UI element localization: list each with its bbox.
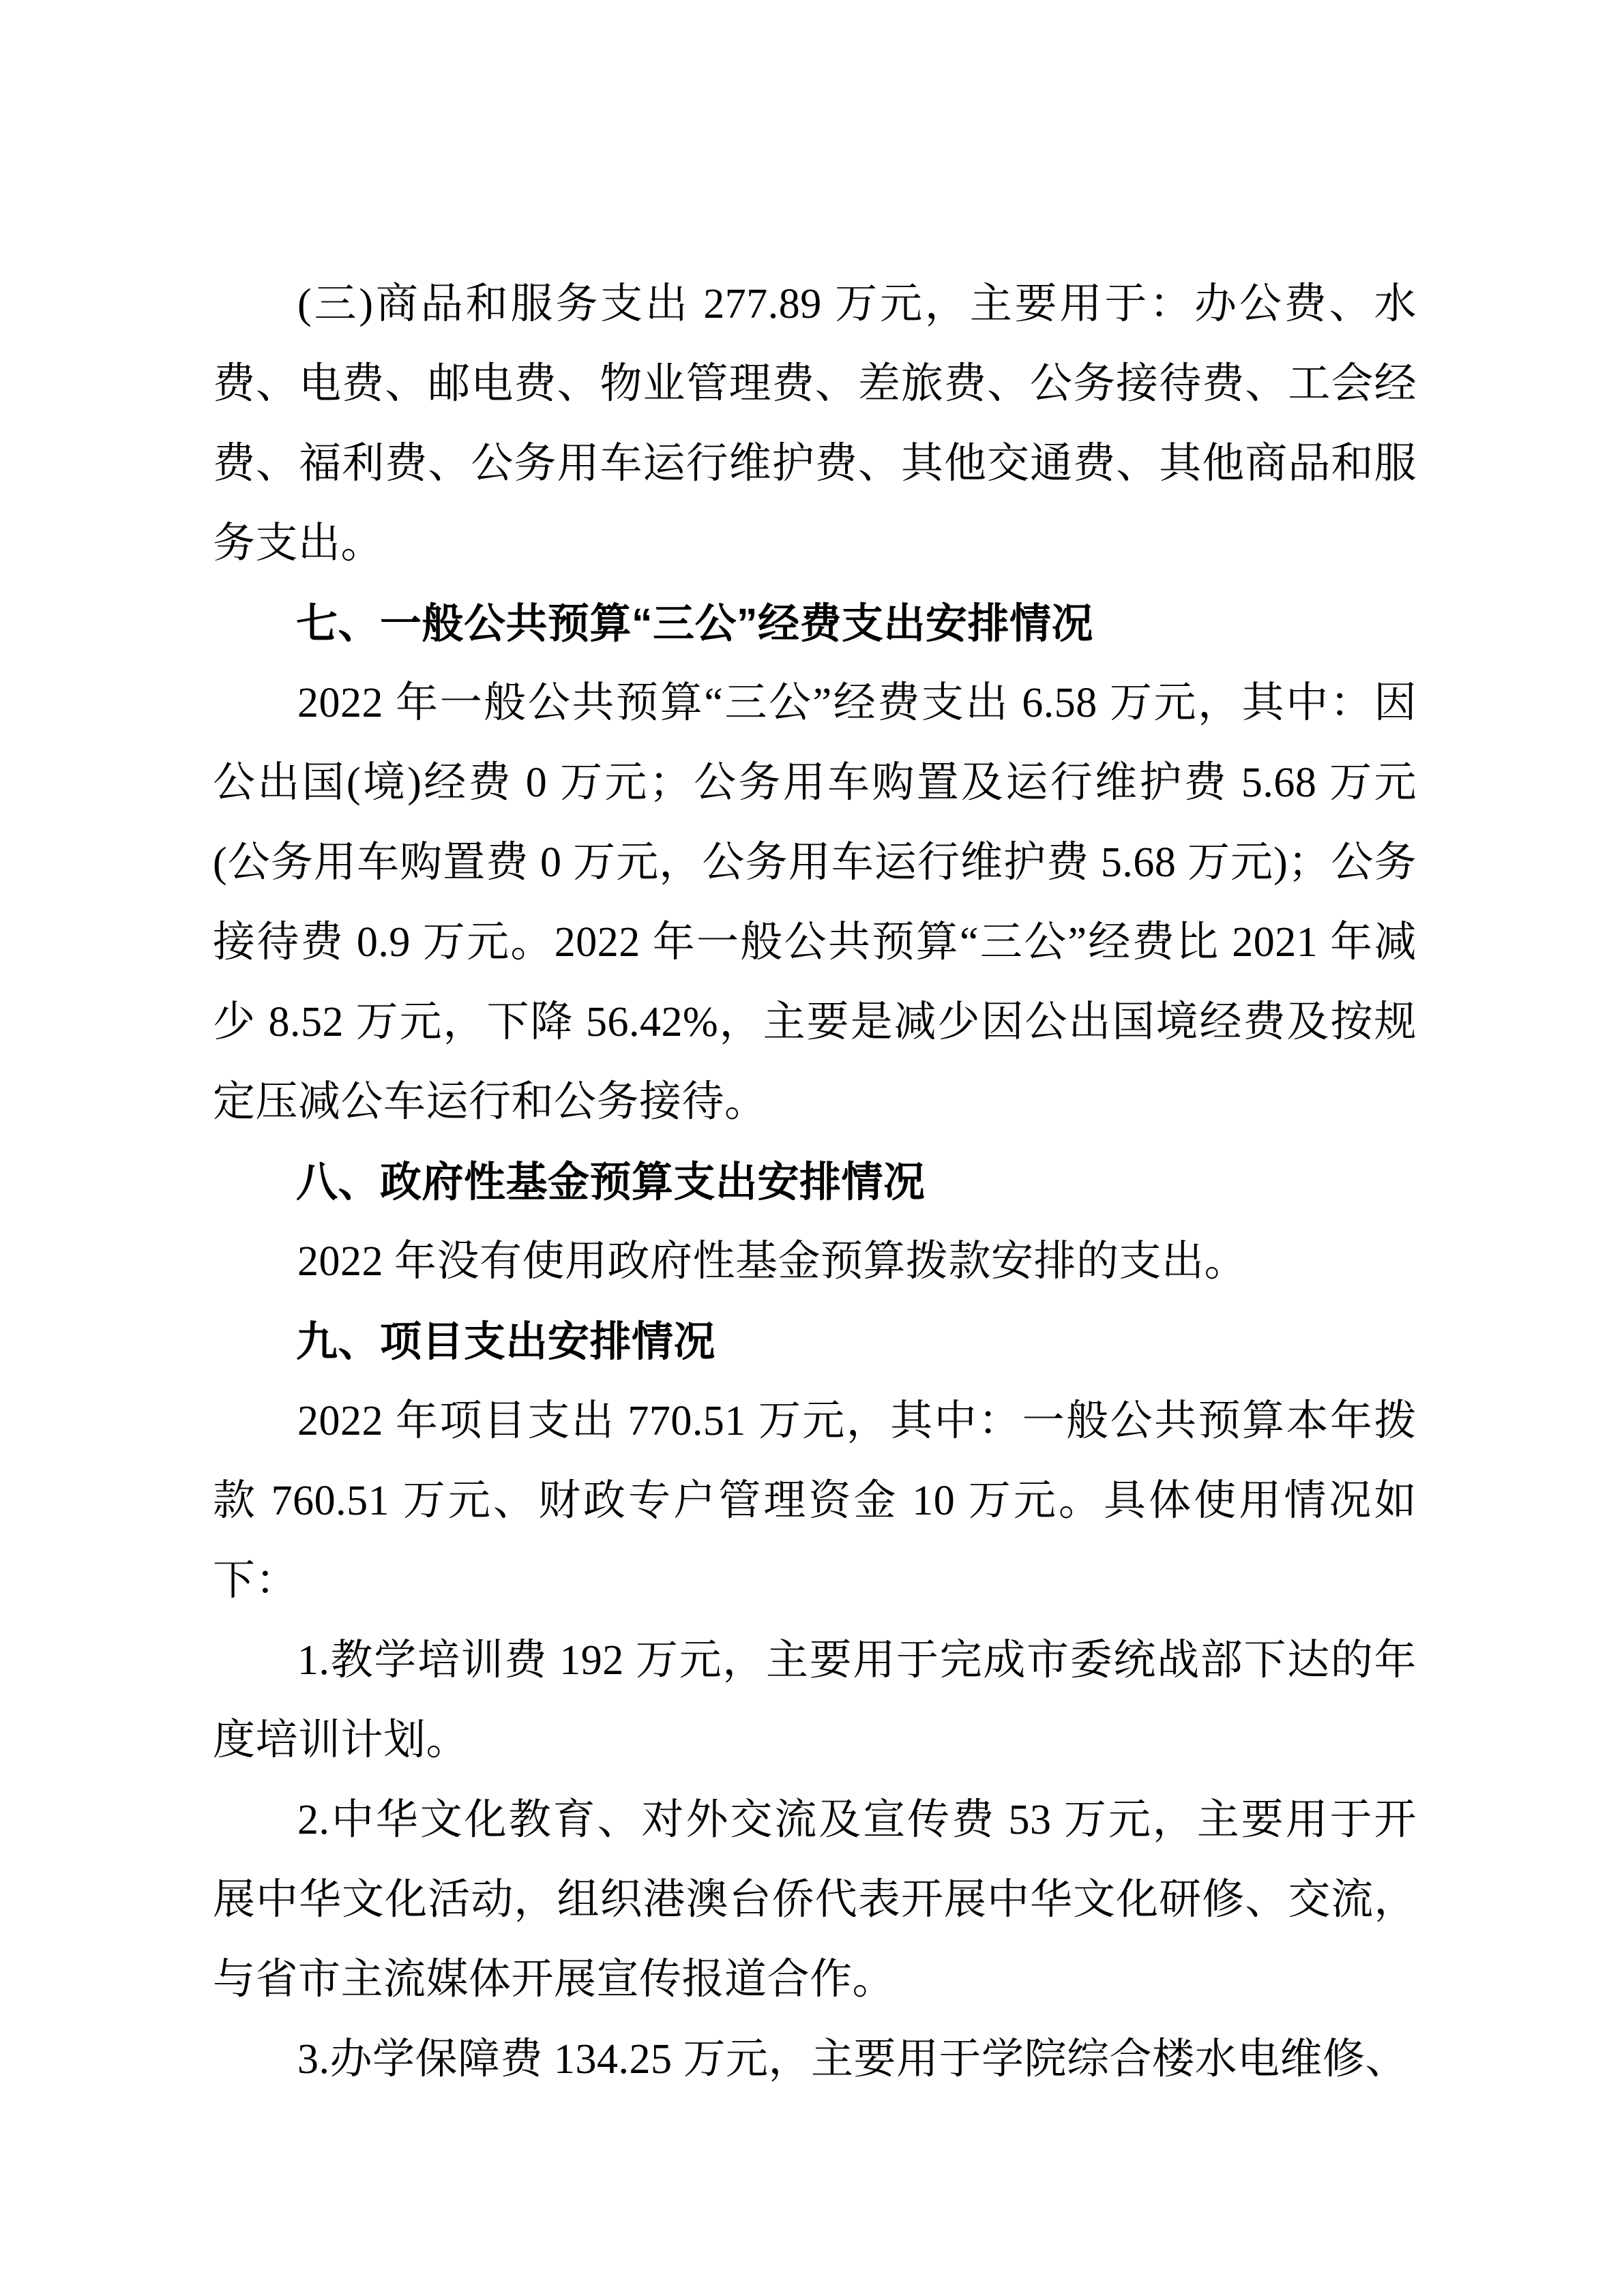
body-paragraph: 1.教学培训费 192 万元，主要用于完成市委统战部下达的年度培训计划。 bbox=[213, 1621, 1417, 1780]
body-paragraph: 2.中华文化教育、对外交流及宣传费 53 万元，主要用于开展中华文化活动，组织港… bbox=[213, 1780, 1417, 2020]
body-paragraph: (三)商品和服务支出 277.89 万元，主要用于：办公费、水费、电费、邮电费、… bbox=[213, 265, 1417, 584]
body-paragraph: 3.办学保障费 134.25 万元，主要用于学院综合楼水电维修、 bbox=[213, 2020, 1417, 2100]
body-paragraph: 2022 年项目支出 770.51 万元，其中：一般公共预算本年拨款 760.5… bbox=[213, 1382, 1417, 1621]
section-heading: 八、政府性基金预算支出安排情况 bbox=[213, 1142, 1417, 1222]
document-content: (三)商品和服务支出 277.89 万元，主要用于：办公费、水费、电费、邮电费、… bbox=[213, 265, 1417, 2100]
section-heading: 七、一般公共预算“三公”经费支出安排情况 bbox=[213, 584, 1417, 664]
section-heading: 九、项目支出安排情况 bbox=[213, 1302, 1417, 1382]
body-paragraph: 2022 年没有使用政府性基金预算拨款安排的支出。 bbox=[213, 1222, 1417, 1302]
body-paragraph: 2022 年一般公共预算“三公”经费支出 6.58 万元，其中：因公出国(境)经… bbox=[213, 664, 1417, 1142]
document-page: (三)商品和服务支出 277.89 万元，主要用于：办公费、水费、电费、邮电费、… bbox=[0, 0, 1624, 2296]
